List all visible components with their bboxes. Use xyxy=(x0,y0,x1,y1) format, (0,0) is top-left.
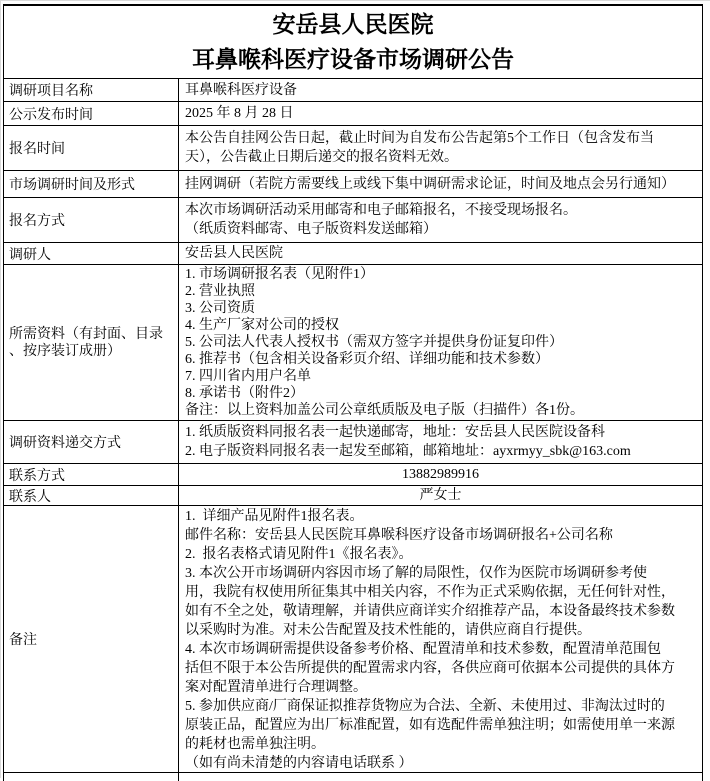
registration-method-value: 本次市场调研活动采用邮寄和电子邮箱报名，不接受现场报名。（纸质资料邮寄、电子版资… xyxy=(179,198,702,242)
row-required-materials: 所需资料（有封面、目录、按序装订成册） 1. 市场调研报名表（见附件1）2. 营… xyxy=(4,265,702,421)
registration-method-label: 报名方式 xyxy=(4,198,179,242)
notes-label: 备注 xyxy=(4,506,179,772)
row-research-time-form: 市场调研时间及形式 挂网调研（若院方需要线上或线下集中调研需求论证，时间及地点会… xyxy=(4,171,702,198)
row-submission-method: 调研资料递交方式 1. 纸质版资料同报名表一起快递邮寄，地址：安岳县人民医院设备… xyxy=(4,421,702,464)
registration-time-label: 报名时间 xyxy=(4,126,179,170)
title-row: 安岳县人民医院耳鼻喉科医疗设备市场调研公告 xyxy=(4,6,702,79)
partial-empty-label xyxy=(4,773,179,778)
publish-date-label: 公示发布时间 xyxy=(4,102,179,125)
row-contact-phone: 联系方式 13882989916 xyxy=(4,464,702,486)
partial-empty-value xyxy=(179,773,702,778)
research-time-form-value: 挂网调研（若院方需要线上或线下集中调研需求论证，时间及地点会另行通知） xyxy=(179,171,702,197)
notes-value: 1. 详细产品见附件1报名表。邮件名称：安岳县人民医院耳鼻喉科医疗设备市场调研报… xyxy=(179,506,702,772)
researcher-label: 调研人 xyxy=(4,243,179,264)
contact-person-label: 联系人 xyxy=(4,486,179,505)
row-publish-date: 公示发布时间 2025 年 8 月 28 日 xyxy=(4,102,702,126)
row-registration-time: 报名时间 本公告自挂网公告日起，截止时间为自发布公告起第5个工作日（包含发布当天… xyxy=(4,126,702,171)
submission-method-label: 调研资料递交方式 xyxy=(4,421,179,463)
row-registration-method: 报名方式 本次市场调研活动采用邮寄和电子邮箱报名，不接受现场报名。（纸质资料邮寄… xyxy=(4,198,702,243)
publish-date-value: 2025 年 8 月 28 日 xyxy=(179,102,702,125)
required-materials-value: 1. 市场调研报名表（见附件1）2. 营业执照3. 公司资质4. 生产厂家对公司… xyxy=(179,265,702,420)
row-notes: 备注 1. 详细产品见附件1报名表。邮件名称：安岳县人民医院耳鼻喉科医疗设备市场… xyxy=(4,506,702,773)
contact-person-value: 严女士 xyxy=(179,486,702,505)
row-researcher: 调研人 安岳县人民医院 xyxy=(4,243,702,265)
announcement-table: 安岳县人民医院耳鼻喉科医疗设备市场调研公告 调研项目名称 耳鼻喉科医疗设备 公示… xyxy=(3,4,703,778)
contact-phone-label: 联系方式 xyxy=(4,464,179,485)
project-name-label: 调研项目名称 xyxy=(4,79,179,101)
row-project-name: 调研项目名称 耳鼻喉科医疗设备 xyxy=(4,79,702,102)
project-name-value: 耳鼻喉科医疗设备 xyxy=(179,79,702,101)
document-page: 安岳县人民医院耳鼻喉科医疗设备市场调研公告 调研项目名称 耳鼻喉科医疗设备 公示… xyxy=(0,0,710,778)
submission-method-value: 1. 纸质版资料同报名表一起快递邮寄，地址：安岳县人民医院设备科2. 电子版资料… xyxy=(179,421,702,463)
research-time-form-label: 市场调研时间及形式 xyxy=(4,171,179,197)
researcher-value: 安岳县人民医院 xyxy=(179,243,702,264)
page-title: 安岳县人民医院耳鼻喉科医疗设备市场调研公告 xyxy=(4,6,702,78)
required-materials-label: 所需资料（有封面、目录、按序装订成册） xyxy=(4,265,179,420)
row-partial-empty xyxy=(4,773,702,778)
registration-time-value: 本公告自挂网公告日起，截止时间为自发布公告起第5个工作日（包含发布当天），公告截… xyxy=(179,126,702,170)
contact-phone-value: 13882989916 xyxy=(179,464,702,485)
row-contact-person: 联系人 严女士 xyxy=(4,486,702,506)
